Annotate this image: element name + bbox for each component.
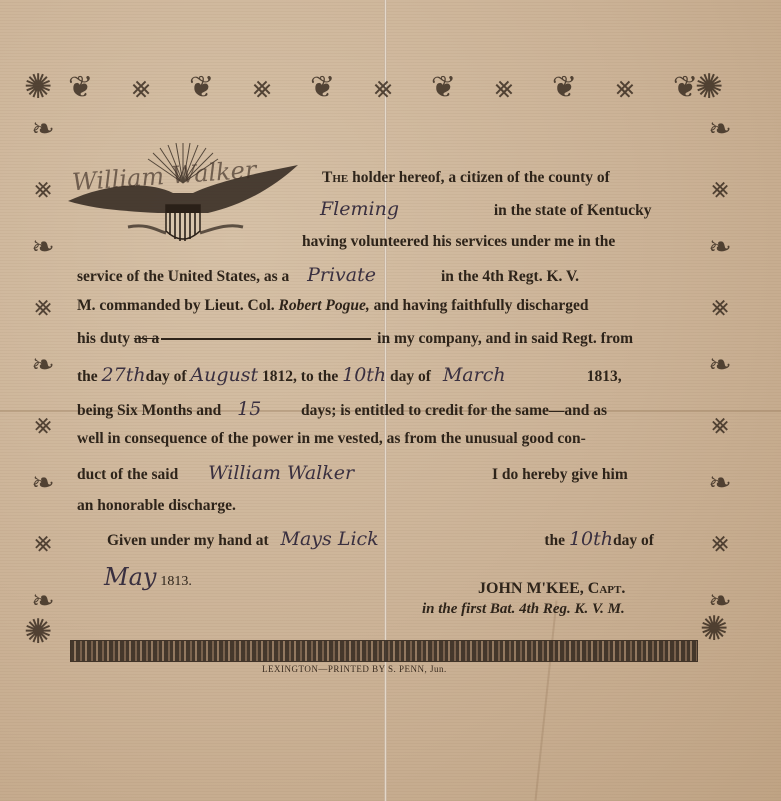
start-month-handwritten: August [190, 364, 258, 386]
lattice-ornament-icon: ⨳ [253, 70, 272, 105]
scroll-ornament-icon: ❦ [673, 70, 698, 105]
corner-rosette-icon: ✺ [24, 70, 53, 104]
corner-rosette-icon: ✺ [24, 615, 53, 649]
text-line-2: Fleming in the state of Kentucky [320, 198, 651, 220]
scroll-ornament-icon: ❦ [310, 70, 335, 105]
lattice-ornament-icon: ⨳ [34, 525, 51, 559]
eagle-shield-icon [68, 143, 298, 253]
text-line-8: being Six Months and 15 days; is entitle… [77, 398, 607, 420]
paper-crease [535, 600, 558, 800]
lattice-ornament-icon: ⨳ [495, 70, 514, 105]
scroll-ornament-icon: ❦ [431, 70, 456, 105]
text-line-1: The holder hereof, a citizen of the coun… [322, 169, 610, 187]
end-day-handwritten: 10th [342, 364, 386, 386]
scroll-ornament-icon: ❦ [552, 70, 577, 105]
lattice-ornament-icon: ⨳ [132, 70, 151, 105]
scroll-ornament-icon: ❧ [708, 584, 731, 617]
discharge-certificate: ✺ ✺ ✺ ✺ ❦ ⨳ ❦ ⨳ ❦ ⨳ ❦ ⨳ ❦ ⨳ ❦ ❧ ⨳ ❧ ⨳ ❧ … [0, 0, 781, 801]
scroll-ornament-icon: ❧ [708, 230, 731, 263]
rank-handwritten: Private [293, 264, 437, 286]
end-month-handwritten: March [435, 364, 583, 386]
days-handwritten: 15 [225, 398, 297, 420]
given-month-handwritten: May [104, 563, 156, 591]
bottom-ornamental-band [70, 640, 698, 662]
scroll-ornament-icon: ❦ [189, 70, 214, 105]
scroll-ornament-icon: ❧ [708, 112, 731, 145]
scroll-ornament-icon: ❧ [31, 466, 54, 499]
corner-rosette-icon: ✺ [695, 70, 724, 104]
text-line-3: having volunteered his services under me… [302, 233, 615, 251]
scroll-ornament-icon: ❧ [31, 112, 54, 145]
scroll-ornament-icon: ❧ [708, 348, 731, 381]
scroll-ornament-icon: ❧ [31, 348, 54, 381]
top-ornamental-border: ❦ ⨳ ❦ ⨳ ❦ ⨳ ❦ ⨳ ❦ ⨳ ❦ [68, 70, 698, 105]
scroll-ornament-icon: ❧ [31, 584, 54, 617]
place-handwritten: Mays Lick [273, 528, 541, 550]
lattice-ornament-icon: ⨳ [34, 171, 51, 205]
lattice-ornament-icon: ⨳ [34, 407, 51, 441]
lattice-ornament-icon: ⨳ [34, 289, 51, 323]
text-line-9: well in consequence of the power in me v… [77, 430, 586, 448]
given-day-handwritten: 10th [569, 528, 613, 550]
corner-rosette-icon: ✺ [700, 612, 729, 646]
scroll-ornament-icon: ❧ [31, 230, 54, 263]
struck-text: as a [134, 330, 159, 347]
text-line-12: Given under my hand at Mays Lick the 10t… [107, 528, 654, 550]
text-line-6: his duty as a in my company, and in said… [77, 330, 633, 348]
lattice-ornament-icon: ⨳ [711, 171, 728, 205]
lattice-ornament-icon: ⨳ [711, 525, 728, 559]
blank-rule-line [161, 338, 371, 340]
text-line-13: May 1813. [104, 563, 192, 591]
county-handwritten: Fleming [320, 198, 490, 220]
lattice-ornament-icon: ⨳ [711, 407, 728, 441]
lattice-ornament-icon: ⨳ [374, 70, 393, 105]
lattice-ornament-icon: ⨳ [616, 70, 635, 105]
right-ornamental-border: ❧ ⨳ ❧ ⨳ ❧ ⨳ ❧ ⨳ ❧ [697, 112, 743, 617]
start-day-handwritten: 27th [102, 364, 146, 386]
text-line-5: M. commanded by Lieut. Col. Robert Pogue… [77, 297, 589, 315]
printer-imprint: LEXINGTON—PRINTED BY S. PENN, Jun. [262, 664, 447, 674]
lattice-ornament-icon: ⨳ [711, 289, 728, 323]
commander-name: Robert Pogue, [279, 297, 370, 314]
soldier-name-handwritten: William Walker [182, 462, 488, 484]
captain-unit: in the first Bat. 4th Reg. K. V. M. [422, 601, 625, 618]
text-line-10: duct of the said William Walker I do her… [77, 462, 628, 484]
captain-signature: JOHN M'KEE, Capt. [478, 580, 625, 598]
text-line-7: the 27thday of August 1812, to the 10th … [77, 364, 622, 386]
left-ornamental-border: ❧ ⨳ ❧ ⨳ ❧ ⨳ ❧ ⨳ ❧ [20, 112, 66, 617]
text-line-4: service of the United States, as a Priva… [77, 264, 579, 286]
text-line-11: an honorable discharge. [77, 497, 236, 515]
scroll-ornament-icon: ❧ [708, 466, 731, 499]
scroll-ornament-icon: ❦ [68, 70, 93, 105]
